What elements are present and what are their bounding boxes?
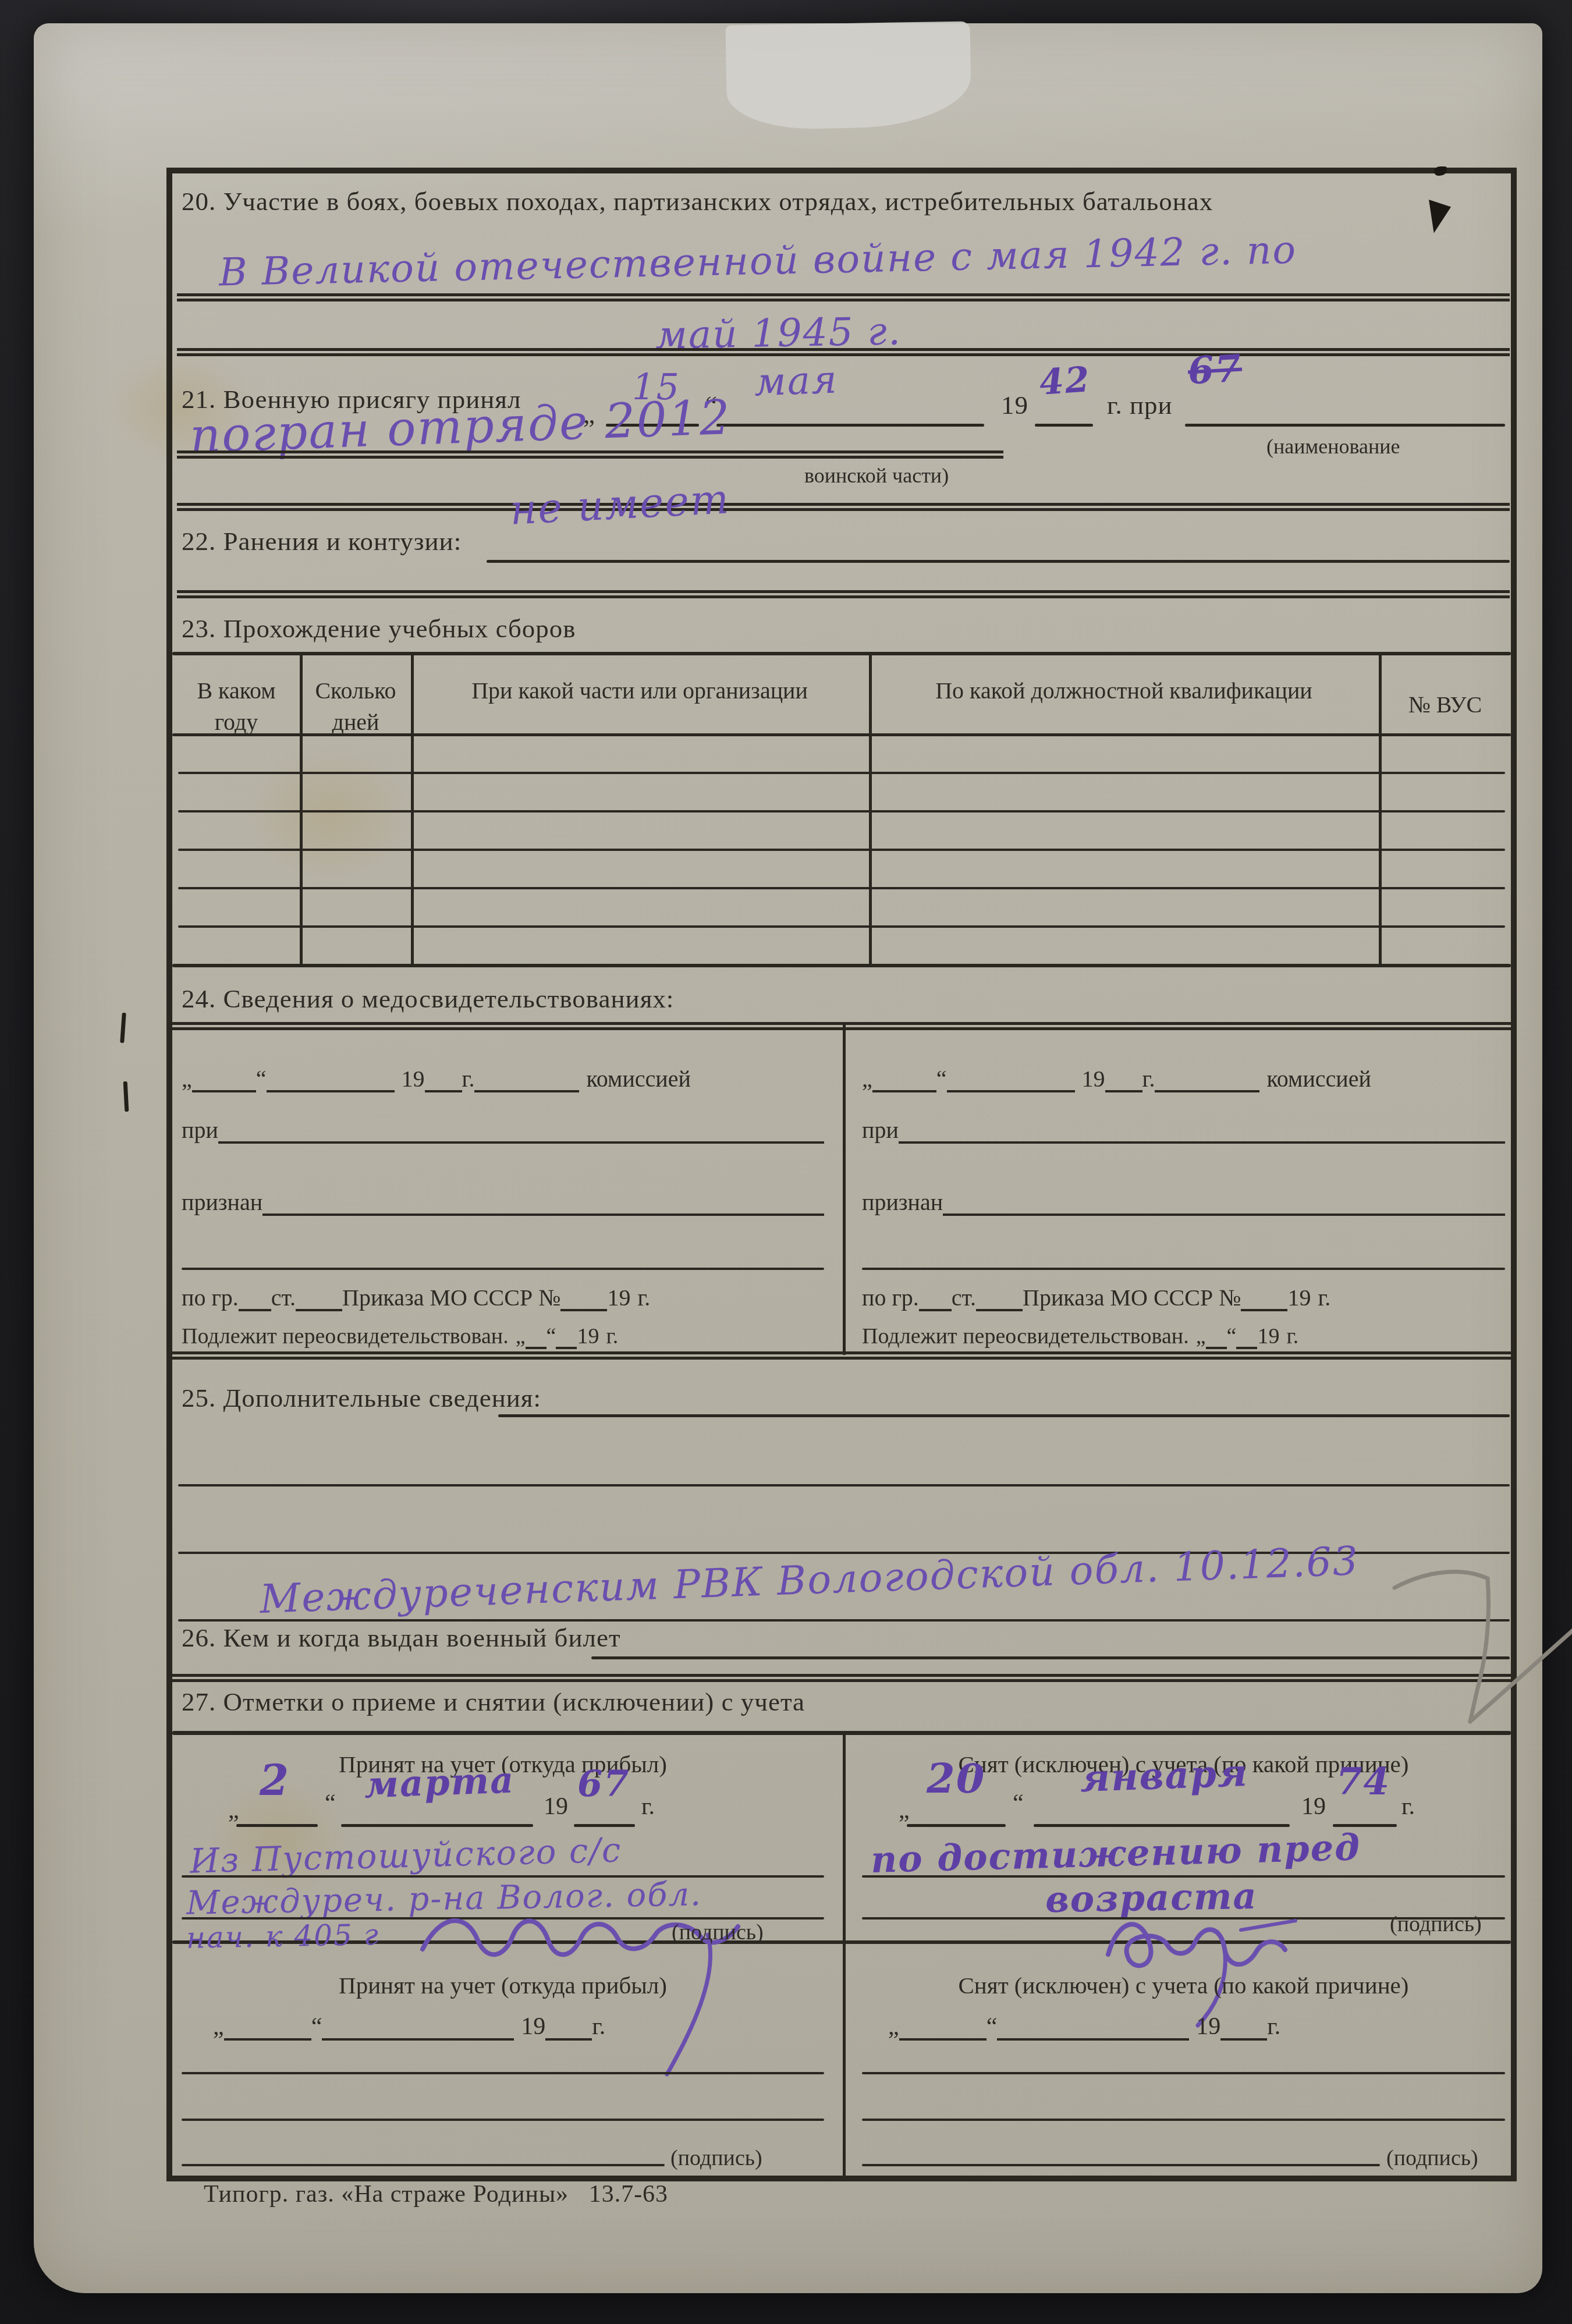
accept-from-entry: Из Пустошуйского с/с bbox=[189, 1830, 622, 1881]
year-suffix: г. bbox=[1286, 1324, 1298, 1349]
med-order-row: по гр.ст.Приказа МО СССР №19г. bbox=[182, 1284, 824, 1311]
open-quote: „ bbox=[1196, 1324, 1206, 1349]
open-quote: „ bbox=[228, 1796, 239, 1824]
priznan-label: признан bbox=[182, 1188, 262, 1216]
ruled-line bbox=[177, 348, 1510, 356]
commission-label: комиссией bbox=[586, 1065, 690, 1092]
oath-month-entry: мая bbox=[754, 357, 839, 405]
year-suffix: г. bbox=[1142, 1065, 1155, 1092]
table-row-line bbox=[178, 772, 1505, 774]
torn-paper-patch bbox=[725, 21, 971, 130]
year-prefix: 19 bbox=[1257, 1324, 1279, 1349]
close-quote: “ bbox=[311, 2013, 322, 2041]
year-prefix: 19 bbox=[607, 1284, 630, 1311]
fill-line bbox=[182, 1268, 824, 1270]
open-quote: „ bbox=[899, 1796, 910, 1824]
table-row-line bbox=[178, 849, 1505, 851]
ruled-line bbox=[177, 590, 1510, 598]
close-quote: “ bbox=[325, 1789, 336, 1817]
signature-caption: (подпись) bbox=[1390, 1911, 1482, 1937]
ruled-line bbox=[182, 2119, 824, 2121]
priznan-label: признан bbox=[862, 1188, 943, 1216]
med-order-row: по гр.ст.Приказа МО СССР №19г. bbox=[862, 1284, 1505, 1311]
signature-scribble bbox=[1103, 1903, 1313, 1979]
margin-tick-mark bbox=[123, 1081, 129, 1112]
year-suffix: г. bbox=[1318, 1284, 1330, 1311]
ruled-line bbox=[177, 450, 1003, 459]
remove-day-entry: 20 bbox=[927, 1754, 985, 1803]
imprint-text: Типогр. газ. «На страже Родины» bbox=[204, 2181, 569, 2208]
remove-header: Снят (исключен) с учета (по какой причин… bbox=[862, 1970, 1505, 2002]
prikaz-label: Приказа МО СССР № bbox=[342, 1284, 560, 1311]
close-quote: “ bbox=[256, 1065, 267, 1092]
remove-reason-entry1: по достижению пред bbox=[870, 1826, 1361, 1881]
pri-label: при bbox=[862, 1116, 899, 1144]
year-suffix: г. bbox=[641, 1793, 655, 1821]
ruled-line bbox=[172, 1022, 1511, 1030]
fill-line bbox=[182, 2164, 665, 2166]
table-header-unit: При какой части или организации bbox=[417, 675, 863, 707]
fill-line bbox=[1035, 424, 1093, 427]
open-quote: „ bbox=[182, 1065, 192, 1092]
year-prefix: 19 bbox=[521, 2013, 545, 2041]
oath-year-entry: 42 bbox=[1038, 359, 1092, 403]
close-quote: “ bbox=[547, 1324, 556, 1349]
med-priznan-row: признан bbox=[182, 1188, 824, 1216]
fill-line bbox=[1034, 1824, 1290, 1827]
open-quote: „ bbox=[888, 2013, 899, 2041]
fill-line bbox=[182, 1875, 824, 1878]
ruled-line bbox=[177, 293, 1510, 301]
year-prefix: 19 bbox=[1001, 390, 1028, 420]
med-resurvey-row: Подлежит переосвидетельствован.„“19г. bbox=[862, 1324, 1505, 1349]
table-bottom-border bbox=[172, 964, 1511, 967]
signature-caption: (подпись) bbox=[670, 2145, 762, 2171]
med-priznan-row: признан bbox=[862, 1188, 1505, 1216]
table-header-vus: № ВУС bbox=[1381, 689, 1509, 721]
fill-line bbox=[907, 1824, 1006, 1827]
ruled-line bbox=[177, 503, 1510, 511]
ruled-line bbox=[862, 2119, 1505, 2121]
scan-backdrop: 20. Участие в боях, боевых походах, парт… bbox=[0, 0, 1572, 2324]
fill-line bbox=[574, 1824, 635, 1827]
year-suffix: г. bbox=[1267, 2013, 1280, 2041]
accept-month-entry: марта bbox=[364, 1759, 516, 1807]
year-suffix: г. bbox=[592, 2013, 605, 2041]
section-20-entry-line1: В Великой отечественной войне с мая 1942… bbox=[218, 228, 1297, 295]
signature-caption: (подпись) bbox=[672, 1919, 764, 1945]
table-column-border bbox=[411, 652, 414, 964]
empty-date-row: „“19г. bbox=[213, 2013, 795, 2041]
remove-month-entry: января bbox=[1080, 1751, 1249, 1801]
margin-tick-mark bbox=[120, 1013, 126, 1043]
ink-blot bbox=[1434, 166, 1447, 176]
year-prefix: 19 bbox=[1196, 2013, 1220, 2041]
form-frame: 20. Участие в боях, боевых походах, парт… bbox=[166, 168, 1517, 2181]
table-row-line bbox=[178, 887, 1505, 889]
year-suffix: г. bbox=[637, 1284, 650, 1311]
close-quote: “ bbox=[1227, 1324, 1237, 1349]
table-header-border bbox=[172, 733, 1511, 736]
fill-line bbox=[591, 1656, 1510, 1659]
fill-line bbox=[716, 424, 984, 427]
year-suffix: г. bbox=[606, 1324, 618, 1349]
po-gr-label: по гр. bbox=[182, 1284, 239, 1311]
section-22-title: 22. Ранения и контузии: bbox=[182, 526, 462, 556]
table-row-line bbox=[178, 810, 1505, 812]
section-21-suffix: г. при bbox=[1107, 390, 1173, 420]
year-suffix: г. bbox=[462, 1065, 475, 1092]
fill-line bbox=[236, 1824, 318, 1827]
signature-caption: (подпись) bbox=[1386, 2145, 1478, 2171]
document-sheet: 20. Участие в боях, боевых походах, парт… bbox=[34, 23, 1542, 2293]
ruled-line bbox=[172, 1351, 1511, 1360]
ruled-line bbox=[178, 1484, 1510, 1486]
ruled-line bbox=[862, 2072, 1505, 2074]
med-date-row: „“19г.комиссией bbox=[182, 1065, 824, 1092]
section-23-title: 23. Прохождение учебных сборов bbox=[182, 613, 576, 644]
close-quote: “ bbox=[987, 2013, 998, 2041]
accept-year-entry: 67 bbox=[577, 1762, 630, 1805]
year-prefix: 19 bbox=[1301, 1793, 1326, 1821]
table-header-days: Сколько дней bbox=[302, 675, 409, 738]
pencil-check-mark bbox=[1383, 1559, 1572, 1751]
resurvey-label: Подлежит переосвидетельствован. bbox=[182, 1324, 509, 1349]
table-header-qualification: По какой должностной квалификации bbox=[875, 675, 1373, 707]
ruled-line bbox=[182, 2072, 824, 2074]
section-20-title: 20. Участие в боях, боевых походах, парт… bbox=[182, 186, 1509, 217]
year-prefix: 19 bbox=[402, 1065, 425, 1092]
year-prefix: 19 bbox=[544, 1793, 568, 1821]
imprint-code: 13.7-63 bbox=[589, 2181, 669, 2208]
year-suffix: г. bbox=[1401, 1793, 1415, 1821]
table-top-border bbox=[172, 652, 1511, 655]
year-prefix: 19 bbox=[1082, 1065, 1105, 1092]
st-label: ст. bbox=[271, 1284, 296, 1311]
med-pri-row: при bbox=[862, 1116, 1505, 1144]
ruled-line bbox=[172, 1674, 1511, 1682]
table-header-year: В каком году bbox=[175, 675, 298, 738]
prikaz-label: Приказа МО СССР № bbox=[1023, 1284, 1241, 1311]
fill-line bbox=[862, 2164, 1380, 2166]
registry-table-top-border bbox=[172, 1731, 1511, 1735]
registry-table-divider bbox=[843, 1731, 846, 2176]
med-resurvey-row: Подлежит переосвидетельствован.„“19г. bbox=[182, 1324, 824, 1349]
med-block-divider bbox=[843, 1022, 846, 1355]
open-quote: „ bbox=[862, 1065, 872, 1092]
empty-date-row: „“19г. bbox=[888, 2013, 1476, 2041]
remove-year-entry: 74 bbox=[1336, 1760, 1390, 1804]
section-26-title: 26. Кем и когда выдан военный билет bbox=[182, 1623, 621, 1653]
med-pri-row: при bbox=[182, 1116, 824, 1144]
section-25-title: 25. Дополнительные сведения: bbox=[182, 1383, 541, 1413]
wounds-entry: не имеет bbox=[509, 475, 731, 534]
year-prefix: 19 bbox=[1287, 1284, 1311, 1311]
accept-header: Принят на учет (откуда прибыл) bbox=[182, 1970, 824, 2002]
year-prefix: 19 bbox=[577, 1324, 599, 1349]
unit-number-entry: 67 bbox=[1187, 347, 1243, 393]
table-column-border bbox=[869, 652, 872, 964]
section-24-title: 24. Сведения о медосвидетельствованиях: bbox=[182, 984, 674, 1014]
table-row-line bbox=[178, 925, 1505, 928]
ruled-line bbox=[178, 1619, 1510, 1622]
close-quote: “ bbox=[1013, 1789, 1024, 1817]
open-quote: „ bbox=[516, 1324, 526, 1349]
commission-label: комиссией bbox=[1266, 1065, 1371, 1092]
pri-label: при bbox=[182, 1116, 218, 1144]
resurvey-label: Подлежит переосвидетельствован. bbox=[862, 1324, 1189, 1349]
fill-line bbox=[341, 1824, 533, 1827]
fill-line bbox=[862, 1268, 1505, 1270]
printer-imprint: Типогр. газ. «На страже Родины» 13.7-63 bbox=[204, 2180, 668, 2208]
med-date-row: „“19г.комиссией bbox=[862, 1065, 1505, 1092]
accept-day-entry: 2 bbox=[260, 1755, 290, 1805]
fill-line bbox=[1185, 424, 1505, 427]
unit-name-note2: воинской части) bbox=[731, 463, 1022, 488]
issued-by-entry: Междуреченским РВК Вологодской обл. 10.1… bbox=[259, 1538, 1360, 1623]
accept-official-entry: нач. к 405 г bbox=[186, 1918, 380, 1955]
section-27-title: 27. Отметки о приеме и снятии (исключени… bbox=[182, 1687, 805, 1717]
st-label: ст. bbox=[952, 1284, 976, 1311]
fill-line bbox=[498, 1414, 1510, 1417]
open-quote: „ bbox=[213, 2013, 224, 2041]
po-gr-label: по гр. bbox=[862, 1284, 919, 1311]
close-quote: “ bbox=[936, 1065, 947, 1092]
unit-name-note: (наименование bbox=[1266, 434, 1400, 459]
fill-line bbox=[487, 560, 1510, 563]
